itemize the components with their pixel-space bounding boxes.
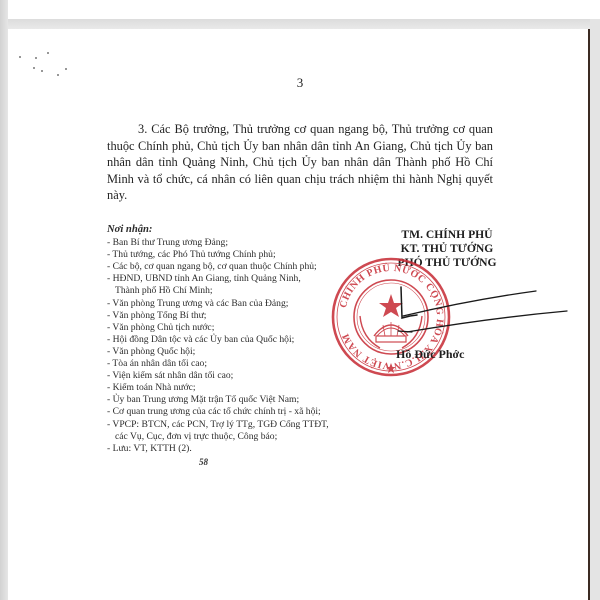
recipient-item: - Cơ quan trung ương của các tổ chức chí… [107, 406, 347, 418]
recipient-text: - Ủy ban Trung ương Mặt trận Tổ quốc Việ… [107, 394, 299, 405]
frame-right [590, 19, 600, 600]
recipient-text: - Các bộ, cơ quan ngang bộ, cơ quan thuộ… [107, 261, 317, 272]
recipient-text: - Tòa án nhân dân tối cao; [107, 358, 207, 369]
recipients-heading: Nơi nhận: [107, 224, 347, 236]
recipient-text: - Viện kiểm sát nhân dân tối cao; [107, 370, 233, 381]
recipient-text: - Kiểm toán Nhà nước; [107, 382, 196, 393]
recipient-item: - Các bộ, cơ quan ngang bộ, cơ quan thuộ… [107, 261, 347, 273]
recipient-text: - VPCP: BTCN, các PCN, Trợ lý TTg, TGĐ C… [107, 419, 329, 430]
recipient-item: - Hội đồng Dân tộc và các Ủy ban của Quố… [107, 334, 347, 346]
signer-title-2: KT. THỦ TƯỚNG [372, 242, 522, 256]
recipient-item: - Viện kiểm sát nhân dân tối cao; [107, 370, 347, 382]
recipient-text: - Thủ tướng, các Phó Thủ tướng Chính phủ… [107, 249, 276, 260]
recipient-text: - Văn phòng Quốc hội; [107, 346, 195, 357]
signer-name: Hồ Đức Phớc [396, 347, 465, 362]
resolution-paragraph: 3. Các Bộ trưởng, Thủ trưởng cơ quan nga… [107, 121, 493, 204]
page-number: 3 [0, 75, 600, 91]
recipient-item: - Tòa án nhân dân tối cao; [107, 358, 347, 370]
recipient-item: - Văn phòng Chủ tịch nước; [107, 322, 347, 334]
recipient-text: - Văn phòng Trung ương và các Ban của Đả… [107, 298, 288, 309]
national-emblem-icon [360, 294, 422, 348]
recipient-text: - Lưu: VT, KTTH (2). [107, 443, 192, 454]
recipient-text: - Cơ quan trung ương của các tổ chức chí… [107, 406, 321, 417]
recipient-item: - Kiểm toán Nhà nước; [107, 382, 347, 394]
signer-title-1: TM. CHÍNH PHỦ [372, 228, 522, 242]
recipient-item: - HĐND, UBND tỉnh An Giang, tỉnh Quảng N… [107, 273, 347, 297]
recipient-item: - Văn phòng Trung ương và các Ban của Đả… [107, 298, 347, 310]
recipient-item: - Văn phòng Quốc hội; [107, 346, 347, 358]
top-strip [0, 0, 600, 19]
recipient-text-continued: các Vụ, Cục, đơn vị trực thuộc, Công báo… [107, 431, 347, 443]
recipients-list: Nơi nhận: - Ban Bí thư Trung ương Đảng;-… [107, 224, 347, 455]
recipient-text: - Hội đồng Dân tộc và các Ủy ban của Quố… [107, 334, 294, 345]
handwritten-note: 58 [199, 457, 208, 467]
recipient-item: - Ban Bí thư Trung ương Đảng; [107, 237, 347, 249]
recipient-text: - HĐND, UBND tỉnh An Giang, tỉnh Quảng N… [107, 273, 301, 284]
recipient-item: - VPCP: BTCN, các PCN, Trợ lý TTg, TGĐ C… [107, 419, 347, 443]
recipient-text: - Văn phòng Chủ tịch nước; [107, 322, 214, 333]
recipient-text: - Ban Bí thư Trung ương Đảng; [107, 237, 228, 248]
recipient-text-continued: Thành phố Hồ Chí Minh; [107, 285, 347, 297]
recipient-item: - Ủy ban Trung ương Mặt trận Tổ quốc Việ… [107, 394, 347, 406]
recipient-item: - Văn phòng Tổng Bí thư; [107, 310, 347, 322]
recipient-item: - Thủ tướng, các Phó Thủ tướng Chính phủ… [107, 249, 347, 261]
frame-band [0, 19, 600, 29]
recipient-text: - Văn phòng Tổng Bí thư; [107, 310, 206, 321]
recipient-item: - Lưu: VT, KTTH (2). [107, 443, 347, 455]
